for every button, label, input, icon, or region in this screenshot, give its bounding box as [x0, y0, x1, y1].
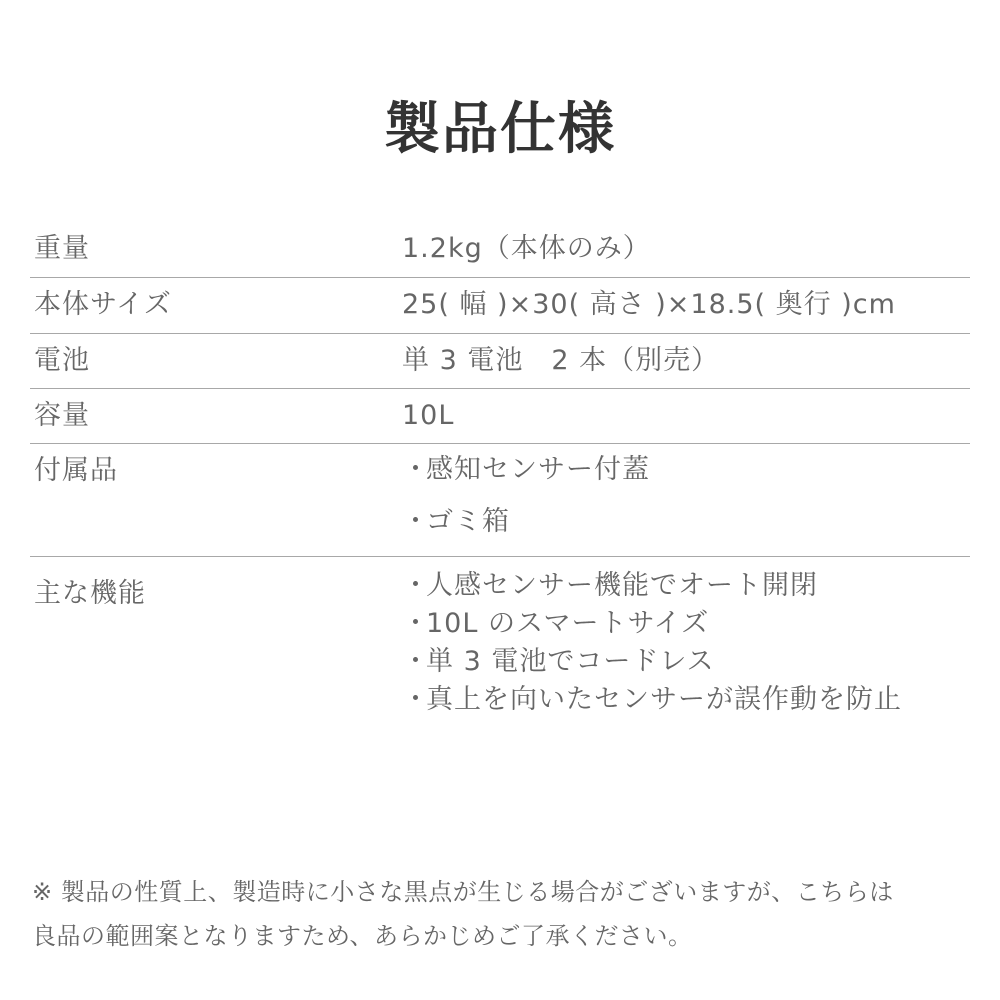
spec-row-battery: 電池 単 3 電池 2 本（別売） — [30, 334, 970, 389]
list-item: ・10L のスマートサイズ — [402, 605, 970, 643]
spec-value: 1.2kg（本体のみ） — [402, 222, 970, 277]
spec-row-capacity: 容量 10L — [30, 389, 970, 444]
list-item: ・感知センサー付蓋 — [402, 444, 970, 496]
spec-row-features: 主な機能 ・人感センサー機能でオート開閉 ・10L のスマートサイズ ・単 3 … — [30, 557, 970, 747]
spec-label: 本体サイズ — [30, 278, 402, 333]
page-title: 製品仕様 — [0, 92, 1000, 168]
spec-label: 電池 — [30, 334, 402, 388]
list-item: ・人感センサー機能でオート開閉 — [402, 567, 970, 605]
spec-row-size: 本体サイズ 25( 幅 )×30( 高さ )×18.5( 奥行 )cm — [30, 278, 970, 334]
spec-value: 単 3 電池 2 本（別売） — [402, 334, 970, 388]
bullet-icon: ・ — [402, 496, 426, 548]
list-item: ・ゴミ箱 — [402, 496, 970, 548]
note-line-2: 良品の範囲案となりますため、あらかじめご了承ください。 — [32, 914, 972, 958]
disclaimer-note: ※ 製品の性質上、製造時に小さな黒点が生じる場合がございますが、こちらは 良品の… — [32, 870, 972, 958]
bullet-icon: ・ — [402, 444, 426, 496]
bullet-icon: ・ — [402, 643, 426, 681]
bullet-icon: ・ — [402, 681, 426, 719]
spec-value-list: ・人感センサー機能でオート開閉 ・10L のスマートサイズ ・単 3 電池でコー… — [402, 567, 970, 747]
spec-value-list: ・感知センサー付蓋 ・ゴミ箱 — [402, 444, 970, 556]
spec-label: 重量 — [30, 222, 402, 277]
list-item: ・真上を向いたセンサーが誤作動を防止 — [402, 681, 970, 719]
spec-value: 25( 幅 )×30( 高さ )×18.5( 奥行 )cm — [402, 278, 970, 333]
list-item: ・単 3 電池でコードレス — [402, 643, 970, 681]
bullet-icon: ・ — [402, 605, 426, 643]
spec-table: 重量 1.2kg（本体のみ） 本体サイズ 25( 幅 )×30( 高さ )×18… — [30, 222, 970, 747]
spec-label: 付属品 — [30, 444, 402, 556]
spec-label: 容量 — [30, 389, 402, 443]
spec-row-accessories: 付属品 ・感知センサー付蓋 ・ゴミ箱 — [30, 444, 970, 557]
spec-value: 10L — [402, 389, 970, 443]
spec-label: 主な機能 — [30, 567, 402, 747]
spec-row-weight: 重量 1.2kg（本体のみ） — [30, 222, 970, 278]
bullet-icon: ・ — [402, 567, 426, 605]
note-line-1: ※ 製品の性質上、製造時に小さな黒点が生じる場合がございますが、こちらは — [32, 870, 972, 914]
